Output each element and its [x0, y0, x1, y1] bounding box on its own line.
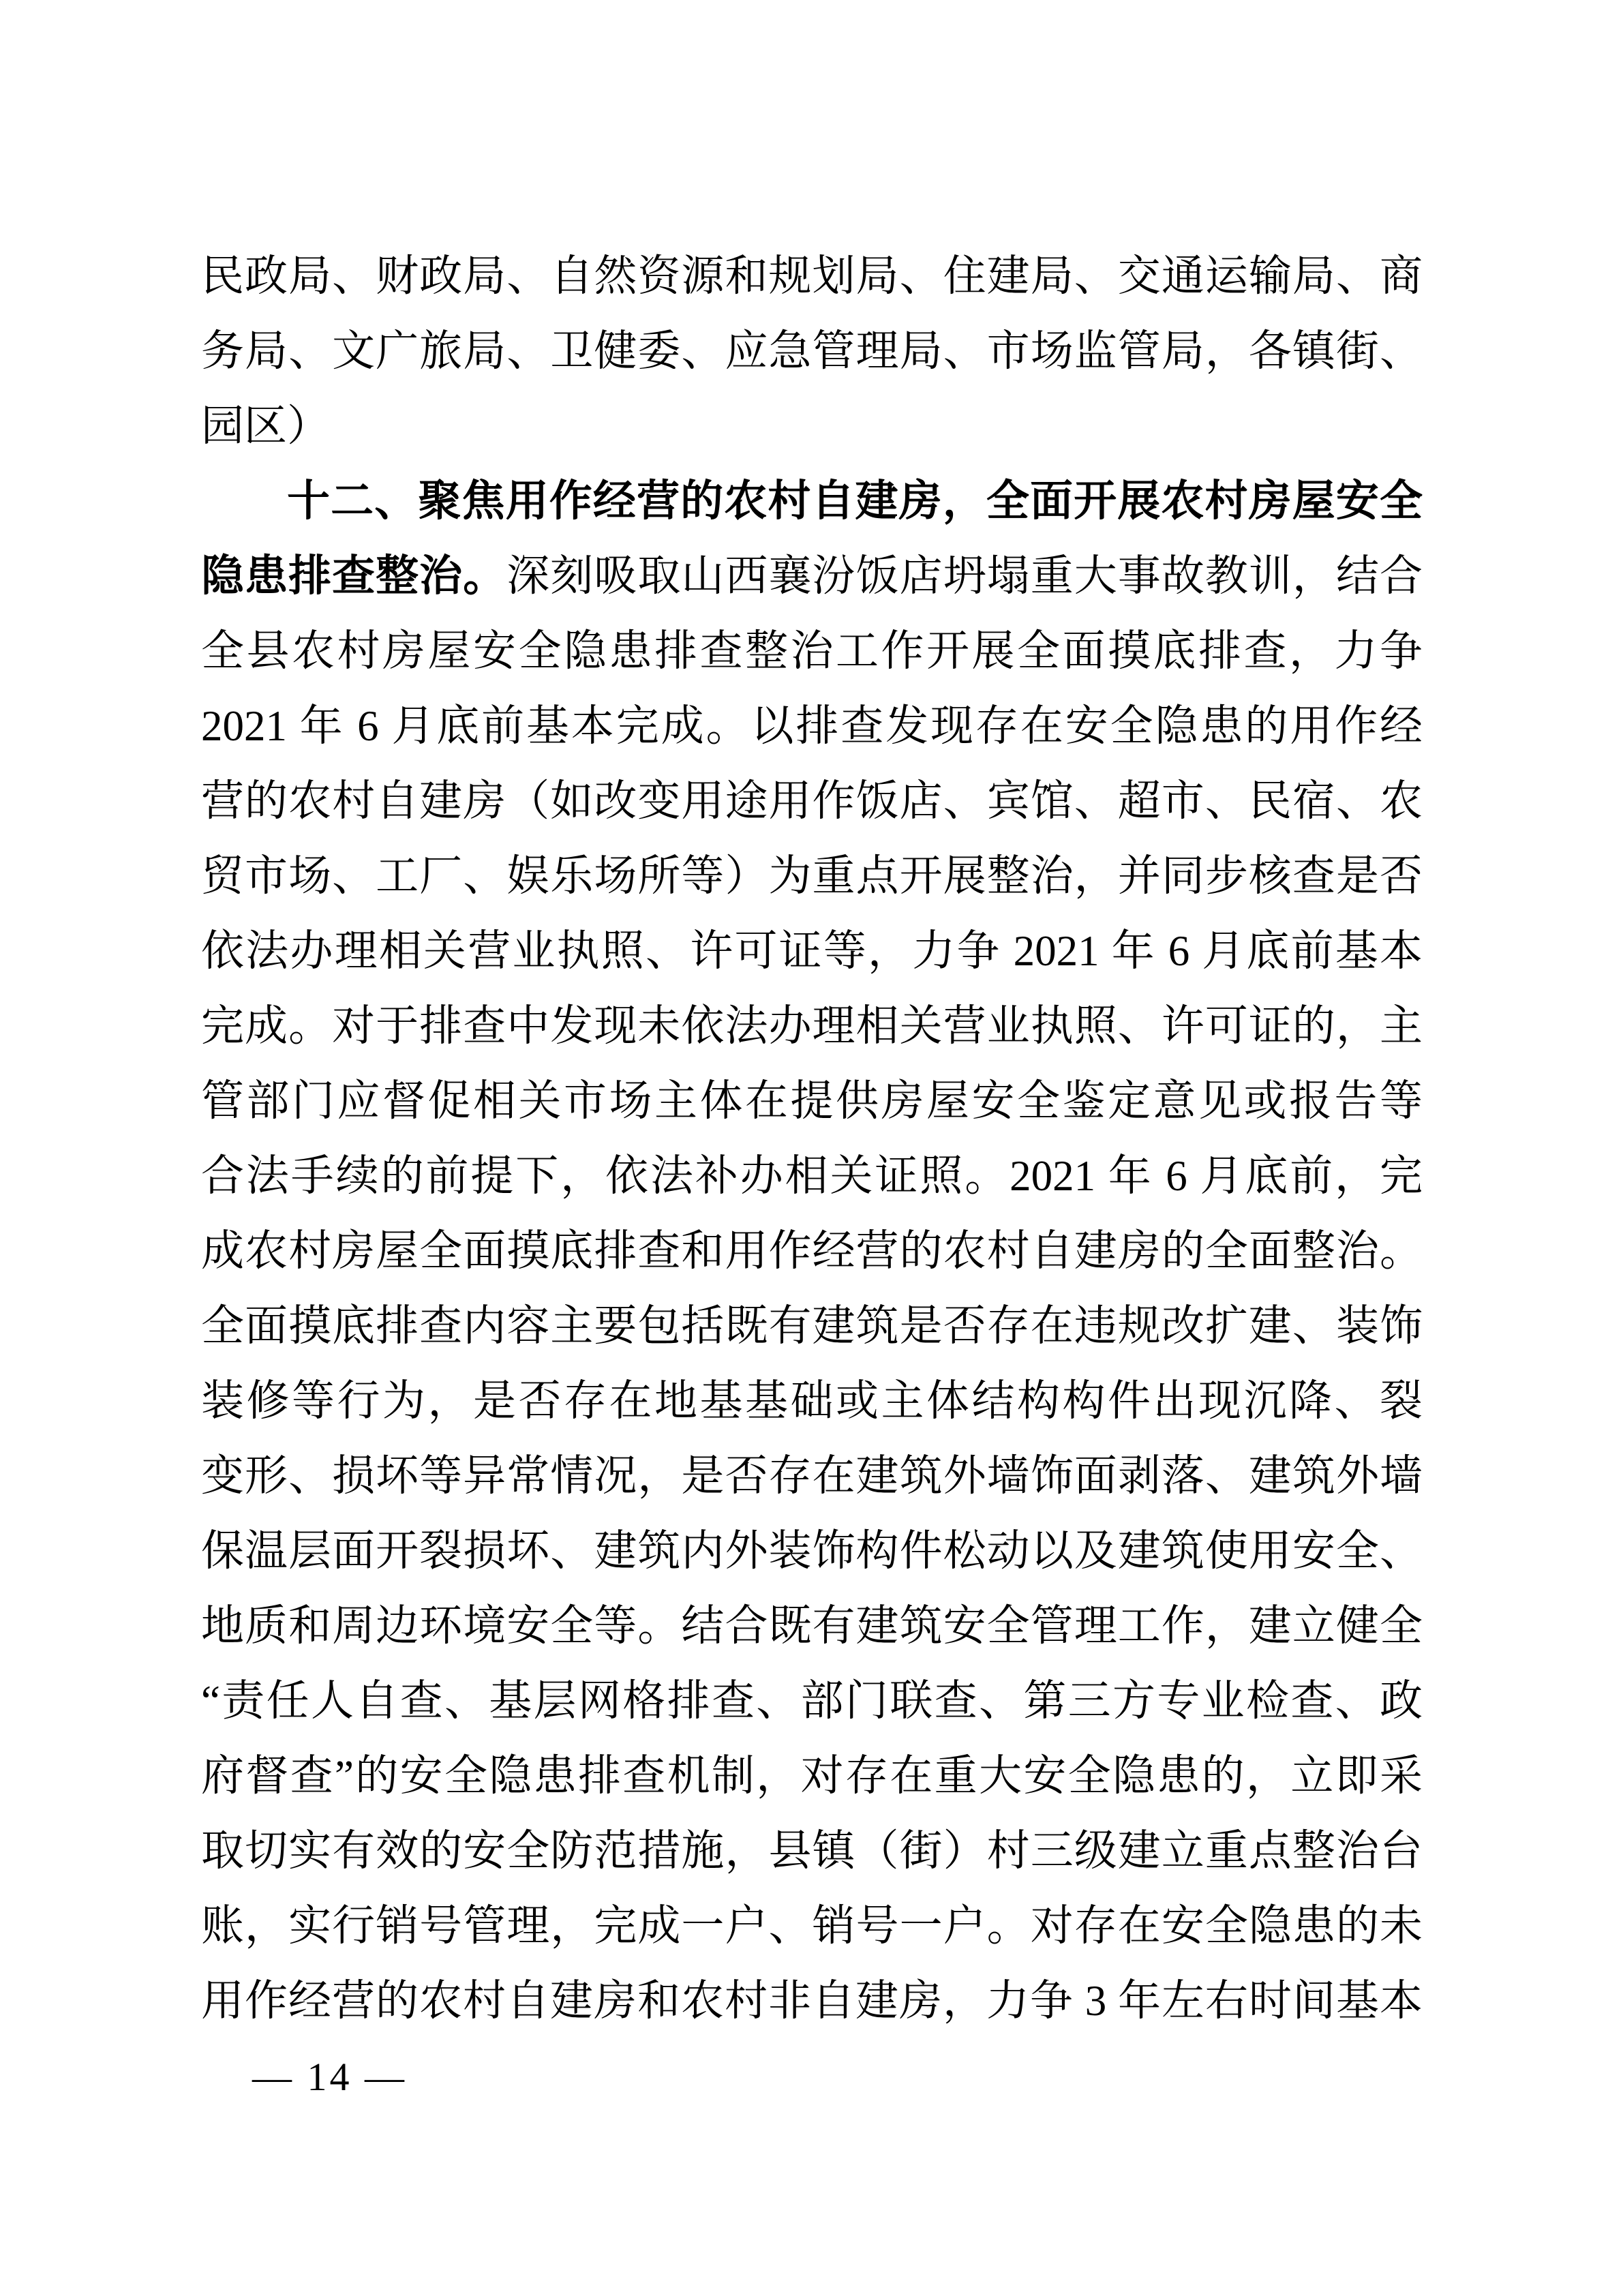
page-number: — 14 —	[252, 2053, 407, 2101]
body-text-segment: 依法办理相关营业执照、许可证等，力争 2021 年 6 月底前基本	[201, 927, 1423, 975]
text-line: 十二、聚焦用作经营的农村自建房，全面开展农村房屋安全	[201, 464, 1423, 539]
text-line: 合法手续的前提下，依法补办相关证照。2021 年 6 月底前，完	[201, 1138, 1423, 1213]
body-text-segment: 账，实行销号管理，完成一户、销号一户。对存在安全隐患的未	[201, 1902, 1423, 1950]
text-line: 隐患排查整治。深刻吸取山西襄汾饭店坍塌重大事故教训，结合	[201, 539, 1423, 614]
body-text-segment: 2021 年 6 月底前基本完成。以排查发现存在安全隐患的用作经	[201, 702, 1423, 750]
body-text-segment: 全县农村房屋安全隐患排查整治工作开展全面摸底排查，力争	[201, 627, 1423, 675]
body-text-segment: 深刻吸取山西襄汾饭店坍塌重大事故教训，结合	[506, 552, 1423, 600]
body-text-segment: 装修等行为，是否存在地基基础或主体结构构件出现沉降、裂缝、	[201, 1377, 1423, 1438]
text-line: 2021 年 6 月底前基本完成。以排查发现存在安全隐患的用作经	[201, 689, 1423, 764]
text-line: 保温层面开裂损坏、建筑内外装饰构件松动以及建筑使用安全、	[201, 1513, 1423, 1588]
body-text-segment: 变形、损坏等异常情况，是否存在建筑外墙饰面剥落、建筑外墙	[201, 1452, 1423, 1500]
body-text-segment: 民政局、财政局、自然资源和规划局、住建局、交通运输局、商	[201, 252, 1423, 300]
text-line: 民政局、财政局、自然资源和规划局、住建局、交通运输局、商	[201, 239, 1423, 314]
body-text-segment: 全面摸底排查内容主要包括既有建筑是否存在违规改扩建、装饰	[201, 1302, 1423, 1350]
body-text-segment: 合法手续的前提下，依法补办相关证照。2021 年 6 月底前，完	[201, 1152, 1423, 1200]
document-body: 民政局、财政局、自然资源和规划局、住建局、交通运输局、商务局、文广旅局、卫健委、…	[201, 239, 1423, 2038]
text-line: 府督查”的安全隐患排查机制，对存在重大安全隐患的，立即采	[201, 1738, 1423, 1813]
document-page: 民政局、财政局、自然资源和规划局、住建局、交通运输局、商务局、文广旅局、卫健委、…	[0, 0, 1623, 2296]
text-line: 园区）	[201, 389, 1423, 464]
text-line: 营的农村自建房（如改变用途用作饭店、宾馆、超市、民宿、农	[201, 764, 1423, 839]
text-line: “责任人自查、基层网格排查、部门联查、第三方专业检查、政	[201, 1663, 1423, 1738]
body-text-segment: 营的农村自建房（如改变用途用作饭店、宾馆、超市、民宿、农	[201, 777, 1423, 825]
heading-text-segment: 隐患排查整治。	[201, 552, 506, 600]
text-line: 取切实有效的安全防范措施，县镇（街）村三级建立重点整治台	[201, 1813, 1423, 1888]
text-line: 装修等行为，是否存在地基基础或主体结构构件出现沉降、裂缝、	[201, 1363, 1423, 1438]
body-text-segment: “责任人自查、基层网格排查、部门联查、第三方专业检查、政	[201, 1677, 1423, 1725]
text-line: 依法办理相关营业执照、许可证等，力争 2021 年 6 月底前基本	[201, 913, 1423, 988]
text-line: 地质和周边环境安全等。结合既有建筑安全管理工作，建立健全	[201, 1588, 1423, 1663]
body-text-segment: 用作经营的农村自建房和农村非自建房，力争 3 年左右时间基本	[201, 1977, 1423, 2025]
text-line: 成农村房屋全面摸底排查和用作经营的农村自建房的全面整治。	[201, 1213, 1423, 1288]
body-text-segment: 成农村房屋全面摸底排查和用作经营的农村自建房的全面整治。	[201, 1227, 1423, 1275]
text-line: 贸市场、工厂、娱乐场所等）为重点开展整治，并同步核查是否	[201, 839, 1423, 913]
text-line: 用作经营的农村自建房和农村非自建房，力争 3 年左右时间基本	[201, 1963, 1423, 2038]
body-text-segment: 贸市场、工厂、娱乐场所等）为重点开展整治，并同步核查是否	[201, 852, 1423, 900]
text-line: 管部门应督促相关市场主体在提供房屋安全鉴定意见或报告等	[201, 1063, 1423, 1138]
body-text-segment: 管部门应督促相关市场主体在提供房屋安全鉴定意见或报告等	[201, 1077, 1423, 1125]
text-line: 变形、损坏等异常情况，是否存在建筑外墙饰面剥落、建筑外墙	[201, 1438, 1423, 1513]
body-text-segment: 完成。对于排查中发现未依法办理相关营业执照、许可证的，主	[201, 1002, 1423, 1050]
text-line: 务局、文广旅局、卫健委、应急管理局、市场监管局，各镇街、	[201, 314, 1423, 389]
body-text-segment: 务局、文广旅局、卫健委、应急管理局、市场监管局，各镇街、	[201, 327, 1423, 375]
body-text-segment: 保温层面开裂损坏、建筑内外装饰构件松动以及建筑使用安全、	[201, 1527, 1423, 1575]
body-text-segment: 园区）	[201, 402, 330, 450]
text-line: 完成。对于排查中发现未依法办理相关营业执照、许可证的，主	[201, 988, 1423, 1063]
body-text-segment: 府督查”的安全隐患排查机制，对存在重大安全隐患的，立即采	[201, 1752, 1423, 1800]
text-line: 全面摸底排查内容主要包括既有建筑是否存在违规改扩建、装饰	[201, 1288, 1423, 1363]
text-line: 账，实行销号管理，完成一户、销号一户。对存在安全隐患的未	[201, 1888, 1423, 1963]
body-text-segment: 取切实有效的安全防范措施，县镇（街）村三级建立重点整治台	[201, 1827, 1423, 1875]
text-line: 全县农村房屋安全隐患排查整治工作开展全面摸底排查，力争	[201, 614, 1423, 689]
body-text-segment: 地质和周边环境安全等。结合既有建筑安全管理工作，建立健全	[201, 1602, 1423, 1650]
heading-text-segment: 十二、聚焦用作经营的农村自建房，全面开展农村房屋安全	[287, 477, 1423, 525]
